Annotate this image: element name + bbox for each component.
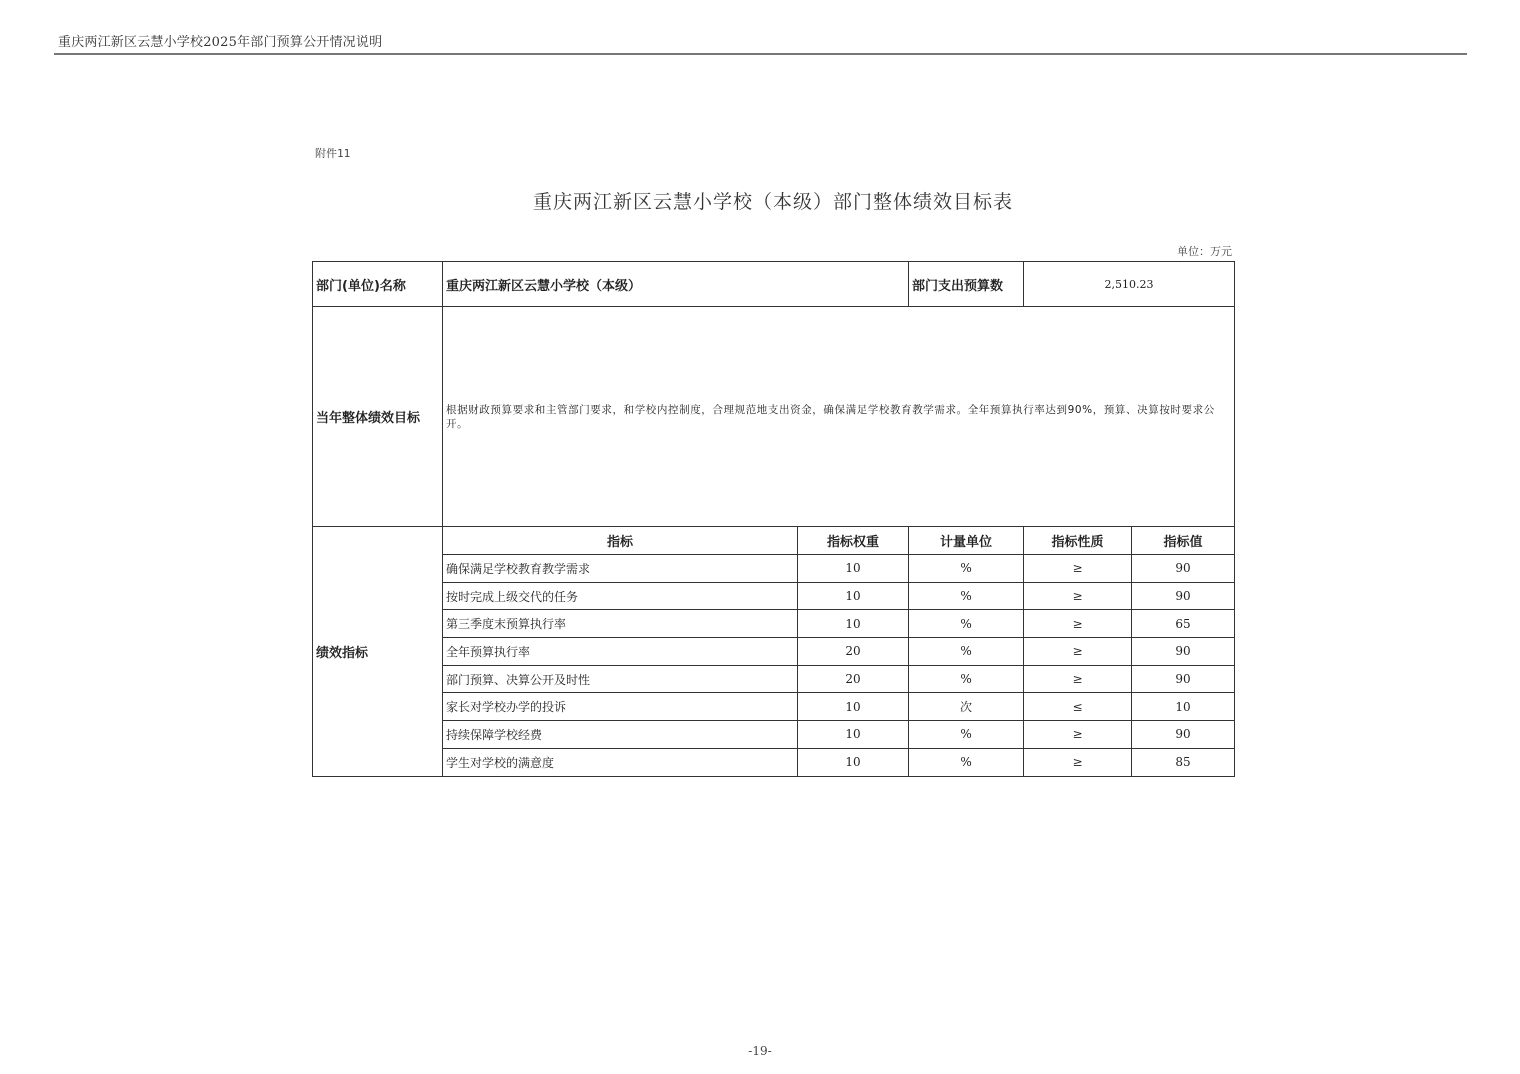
indicator-unit: % xyxy=(909,665,1024,693)
indicator-nature: ≥ xyxy=(1024,721,1132,749)
indicator-nature: ≥ xyxy=(1024,665,1132,693)
indicators-label: 绩效指标 xyxy=(313,527,443,777)
page-number: -19- xyxy=(0,1044,1520,1058)
indicator-nature: ≥ xyxy=(1024,610,1132,638)
indicator-value: 90 xyxy=(1132,555,1235,583)
dept-name-value: 重庆两江新区云慧小学校（本级） xyxy=(443,262,909,307)
page-header: 重庆两江新区云慧小学校2025年部门预算公开情况说明 xyxy=(58,31,382,50)
attachment-label: 附件11 xyxy=(315,145,350,161)
indicator-unit: % xyxy=(909,555,1024,583)
col-header-unit: 计量单位 xyxy=(909,527,1024,555)
indicator-value: 10 xyxy=(1132,693,1235,721)
indicator-row: 全年预算执行率20%≥90 xyxy=(313,638,1235,666)
indicator-weight: 10 xyxy=(798,610,909,638)
indicator-unit: % xyxy=(909,582,1024,610)
indicator-row: 部门预算、决算公开及时性20%≥90 xyxy=(313,665,1235,693)
dept-row: 部门(单位)名称 重庆两江新区云慧小学校（本级） 部门支出预算数 2,510.2… xyxy=(313,262,1235,307)
indicator-name: 按时完成上级交代的任务 xyxy=(443,582,798,610)
indicator-row: 第三季度末预算执行率10%≥65 xyxy=(313,610,1235,638)
indicator-weight: 10 xyxy=(798,693,909,721)
indicator-value: 85 xyxy=(1132,748,1235,776)
indicator-nature: ≥ xyxy=(1024,748,1132,776)
indicator-weight: 10 xyxy=(798,748,909,776)
goal-row: 当年整体绩效目标 根据财政预算要求和主管部门要求，和学校内控制度，合理规范地支出… xyxy=(313,307,1235,527)
goal-text: 根据财政预算要求和主管部门要求，和学校内控制度，合理规范地支出资金，确保满足学校… xyxy=(443,307,1235,527)
indicator-unit: % xyxy=(909,638,1024,666)
indicator-nature: ≥ xyxy=(1024,555,1132,583)
indicator-unit: % xyxy=(909,610,1024,638)
header-rule xyxy=(54,53,1467,55)
indicator-name: 持续保障学校经费 xyxy=(443,721,798,749)
indicator-row: 按时完成上级交代的任务10%≥90 xyxy=(313,582,1235,610)
indicator-name: 第三季度末预算执行率 xyxy=(443,610,798,638)
indicator-value: 90 xyxy=(1132,665,1235,693)
indicator-value: 65 xyxy=(1132,610,1235,638)
indicator-nature: ≥ xyxy=(1024,638,1132,666)
dept-name-label: 部门(单位)名称 xyxy=(313,262,443,307)
indicator-row: 家长对学校办学的投诉10次≤10 xyxy=(313,693,1235,721)
col-header-indicator: 指标 xyxy=(443,527,798,555)
col-header-nature: 指标性质 xyxy=(1024,527,1132,555)
indicator-value: 90 xyxy=(1132,638,1235,666)
budget-value: 2,510.23 xyxy=(1024,262,1235,307)
indicator-header-row: 绩效指标 指标 指标权重 计量单位 指标性质 指标值 xyxy=(313,527,1235,555)
budget-label: 部门支出预算数 xyxy=(909,262,1024,307)
document-title: 重庆两江新区云慧小学校（本级）部门整体绩效目标表 xyxy=(312,187,1234,214)
indicator-unit: % xyxy=(909,748,1024,776)
unit-note: 单位：万元 xyxy=(1130,243,1232,259)
goal-label: 当年整体绩效目标 xyxy=(313,307,443,527)
performance-goal-table: 部门(单位)名称 重庆两江新区云慧小学校（本级） 部门支出预算数 2,510.2… xyxy=(312,261,1235,777)
indicator-name: 确保满足学校教育教学需求 xyxy=(443,555,798,583)
indicator-unit: % xyxy=(909,721,1024,749)
indicator-name: 家长对学校办学的投诉 xyxy=(443,693,798,721)
indicator-name: 学生对学校的满意度 xyxy=(443,748,798,776)
indicator-row: 学生对学校的满意度10%≥85 xyxy=(313,748,1235,776)
indicator-nature: ≤ xyxy=(1024,693,1132,721)
col-header-weight: 指标权重 xyxy=(798,527,909,555)
indicator-value: 90 xyxy=(1132,582,1235,610)
indicator-name: 全年预算执行率 xyxy=(443,638,798,666)
indicator-name: 部门预算、决算公开及时性 xyxy=(443,665,798,693)
col-header-value: 指标值 xyxy=(1132,527,1235,555)
indicator-weight: 10 xyxy=(798,721,909,749)
indicator-weight: 10 xyxy=(798,582,909,610)
indicator-weight: 10 xyxy=(798,555,909,583)
indicator-nature: ≥ xyxy=(1024,582,1132,610)
indicator-value: 90 xyxy=(1132,721,1235,749)
indicator-row: 持续保障学校经费10%≥90 xyxy=(313,721,1235,749)
indicator-weight: 20 xyxy=(798,665,909,693)
indicator-weight: 20 xyxy=(798,638,909,666)
indicator-row: 确保满足学校教育教学需求10%≥90 xyxy=(313,555,1235,583)
indicator-unit: 次 xyxy=(909,693,1024,721)
